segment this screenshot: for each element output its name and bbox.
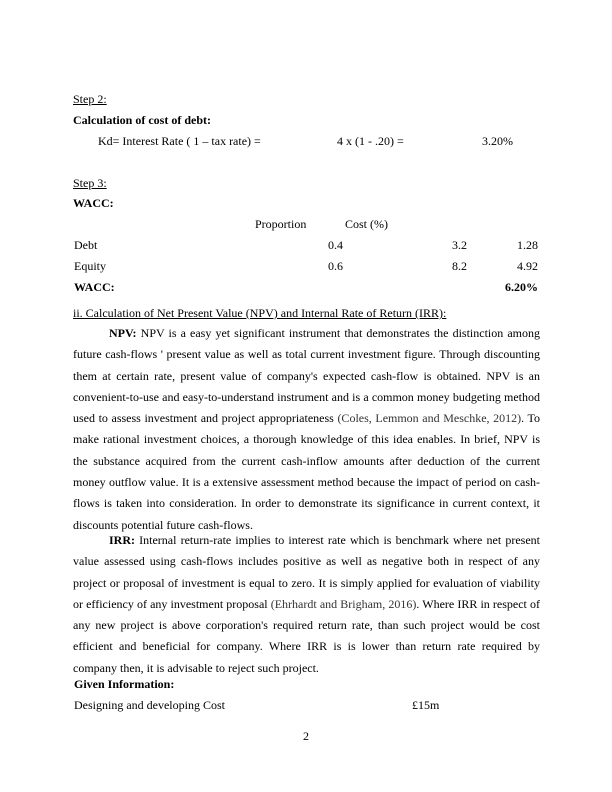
npv-term: NPV: [109, 326, 137, 340]
given-heading: Given Information: [74, 677, 174, 692]
kd-formula-result: 3.20% [482, 134, 513, 149]
total-value: 6.20% [480, 280, 538, 295]
row-weighted: 4.92 [490, 259, 538, 274]
row-weighted: 1.28 [490, 238, 538, 253]
total-label: WACC: [74, 280, 115, 295]
step3-heading: WACC: [73, 196, 114, 211]
row-proportion: 0.6 [328, 259, 343, 274]
irr-citation: (Ehrhardt and Brigham, 2016) [271, 597, 417, 611]
step2-label: Step 2: [73, 92, 107, 107]
row-proportion: 0.4 [328, 238, 343, 253]
npv-text-2: . To make rational investment choices, a… [73, 411, 540, 531]
row-name: Debt [74, 238, 97, 253]
irr-term: IRR: [109, 533, 135, 547]
given-item-label: Designing and developing Cost [74, 698, 225, 713]
header-cost: Cost (%) [345, 217, 388, 232]
row-name: Equity [74, 259, 106, 274]
given-item-value: £15m [412, 698, 439, 713]
kd-formula-label: Kd= Interest Rate ( 1 – tax rate) = [98, 134, 261, 149]
page-number: 2 [303, 729, 309, 744]
header-proportion: Proportion [255, 217, 306, 232]
npv-citation: (Coles, Lemmon and Meschke, 2012) [337, 411, 521, 425]
section-heading: ii. Calculation of Net Present Value (NP… [73, 306, 446, 321]
kd-formula-calc: 4 x (1 - .20) = [337, 134, 404, 149]
row-cost: 3.2 [420, 238, 467, 253]
row-cost: 8.2 [420, 259, 467, 274]
irr-paragraph: IRR: Internal return-rate implies to int… [73, 530, 540, 679]
step3-label: Step 3: [73, 176, 107, 191]
step2-heading: Calculation of cost of debt: [73, 113, 211, 128]
npv-paragraph: NPV: NPV is a easy yet significant instr… [73, 323, 540, 536]
